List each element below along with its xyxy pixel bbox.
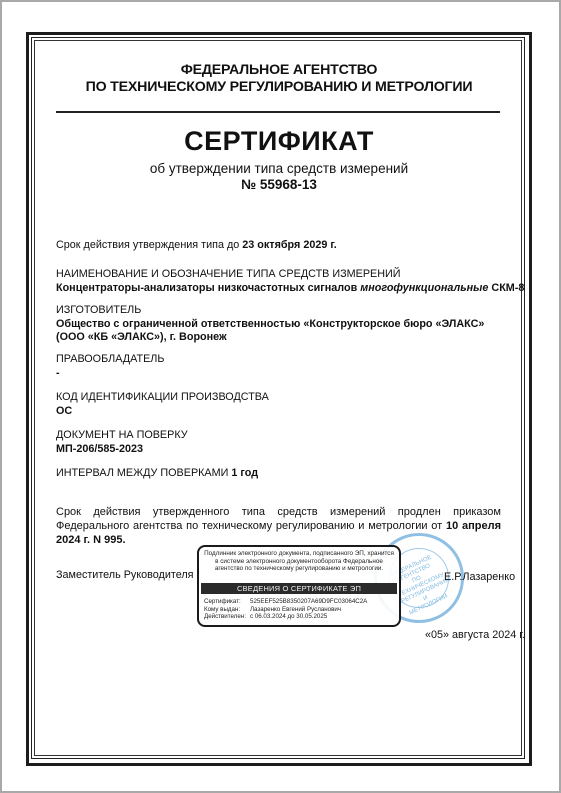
- manufacturer-section: ИЗГОТОВИТЕЛЬ Общество с ограниченной отв…: [56, 304, 484, 345]
- cert-label: Сертификат:: [204, 598, 250, 606]
- rights-holder-value: -: [56, 367, 164, 381]
- agency-line-2: ПО ТЕХНИЧЕСКОМУ РЕГУЛИРОВАНИЮ И МЕТРОЛОГ…: [34, 79, 524, 96]
- instrument-model: СКМ-8: [491, 282, 524, 294]
- verification-doc-section: ДОКУМЕНТ НА ПОВЕРКУ МП-206/585-2023: [56, 429, 188, 456]
- e-signature-valid-row: Действителен:с 06.03.2024 до 30.05.2025: [204, 613, 367, 621]
- e-signature-issued-row: Кому выдан:Лазаренко Евгений Русланович: [204, 606, 367, 614]
- issued-label: Кому выдан:: [204, 606, 250, 614]
- interval-value: 1 год: [231, 467, 258, 479]
- instrument-name: Концентраторы-анализаторы низкочастотных…: [56, 282, 357, 294]
- certificate-title: СЕРТИФИКАТ: [34, 126, 524, 157]
- production-code-label: КОД ИДЕНТИФИКАЦИИ ПРОИЗВОДСТВА: [56, 391, 269, 405]
- e-signature-cert-row: Сертификат:525EEF525B8350207A69D9FC03064…: [204, 598, 367, 606]
- instrument-label: НАИМЕНОВАНИЕ И ОБОЗНАЧЕНИЕ ТИПА СРЕДСТВ …: [56, 268, 524, 282]
- manufacturer-line-1: Общество с ограниченной ответственностью…: [56, 318, 484, 332]
- e-signature-band-title: СВЕДЕНИЯ О СЕРТИФИКАТЕ ЭП: [201, 583, 397, 594]
- valid-value: с 06.03.2024 до 30.05.2025: [250, 613, 327, 620]
- certificate-number: № 55968-13: [34, 177, 524, 192]
- valid-label: Действителен:: [204, 613, 250, 621]
- rights-holder-section: ПРАВООБЛАДАТЕЛЬ -: [56, 353, 164, 380]
- rights-holder-label: ПРАВООБЛАДАТЕЛЬ: [56, 353, 164, 367]
- e-signature-details: Сертификат:525EEF525B8350207A69D9FC03064…: [204, 598, 367, 621]
- extension-text: Срок действия утвержденного типа средств…: [56, 506, 501, 532]
- instrument-section: НАИМЕНОВАНИЕ И ОБОЗНАЧЕНИЕ ТИПА СРЕДСТВ …: [56, 268, 524, 295]
- agency-line-1: ФЕДЕРАЛЬНОЕ АГЕНТСТВО: [34, 62, 524, 79]
- verification-doc-value: МП-206/585-2023: [56, 443, 188, 457]
- signatory-position: Заместитель Руководителя: [56, 569, 194, 581]
- validity-value: 23 октября 2029 г.: [242, 239, 336, 251]
- interval-label: ИНТЕРВАЛ МЕЖДУ ПОВЕРКАМИ: [56, 467, 228, 479]
- manufacturer-line-2: (ООО «КБ «ЭЛАКС»), г. Воронеж: [56, 331, 484, 345]
- validity-label: Срок действия утверждения типа до: [56, 239, 239, 251]
- agency-name: ФЕДЕРАЛЬНОЕ АГЕНТСТВО ПО ТЕХНИЧЕСКОМУ РЕ…: [34, 62, 524, 96]
- e-signature-notice: Подлинник электронного документа, подпис…: [203, 550, 395, 573]
- header-divider: [56, 111, 500, 113]
- certificate-subtitle: об утверждении типа средств измерений: [34, 161, 524, 176]
- manufacturer-label: ИЗГОТОВИТЕЛЬ: [56, 304, 484, 318]
- validity-section: Срок действия утверждения типа до 23 окт…: [56, 239, 337, 253]
- interval-section: ИНТЕРВАЛ МЕЖДУ ПОВЕРКАМИ 1 год: [56, 467, 258, 481]
- cert-value: 525EEF525B8350207A69D9FC03064C2A: [250, 598, 367, 605]
- signature-date: «05» августа 2024 г.: [425, 629, 525, 641]
- signatory-name: Е.Р.Лазаренко: [444, 571, 515, 583]
- issued-value: Лазаренко Евгений Русланович: [250, 606, 341, 613]
- instrument-name-italic: многофункциональные: [360, 282, 488, 294]
- instrument-value: Концентраторы-анализаторы низкочастотных…: [56, 282, 524, 296]
- electronic-signature-box: Подлинник электронного документа, подпис…: [197, 545, 401, 627]
- verification-doc-label: ДОКУМЕНТ НА ПОВЕРКУ: [56, 429, 188, 443]
- production-code-value: ОС: [56, 405, 269, 419]
- production-code-section: КОД ИДЕНТИФИКАЦИИ ПРОИЗВОДСТВА ОС: [56, 391, 269, 418]
